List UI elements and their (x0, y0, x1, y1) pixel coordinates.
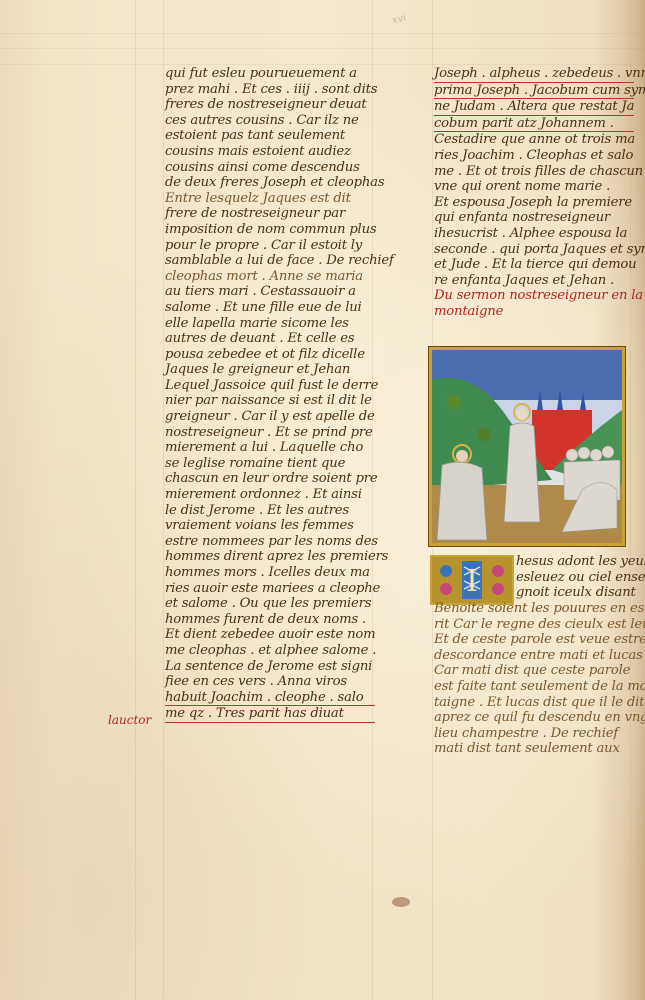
text-line: autres de deuant . Et celle es (165, 331, 375, 347)
text-line: Jaques le greigneur et Jehan (165, 362, 375, 378)
latin-verse-line: fiee en ces vers . Anna viros (165, 674, 375, 690)
text-line: elle lapella marie sicome les (165, 316, 375, 332)
text-line: est faite tant seulement de la mo (434, 679, 634, 695)
text-line: nostreseigneur . Et se prind pre (165, 425, 375, 441)
text-line: cleophas mort . Anne se maria (165, 269, 375, 285)
rubric-line: montaigne (434, 304, 634, 320)
ruling-line (0, 64, 645, 65)
initial-adjacent-text: hesus adont les yeulx esleuez ou ciel en… (516, 554, 636, 601)
text-line: mierement ordonnez . Et ainsi (165, 487, 375, 503)
text-line: Et de ceste parole est veue estre (434, 632, 634, 648)
text-line: La sentence de Jerome est signi (165, 659, 375, 675)
latin-verse-line: ne Judam . Altera que restat Ja (434, 99, 634, 116)
text-line: taigne . Et lucas dist que il le dit (434, 695, 634, 711)
text-line: Et dient zebedee auoir este nom (165, 627, 375, 643)
text-line: ries auoir este mariees a cleophe (165, 581, 375, 597)
text-line: samblable a lui de face . De rechief (165, 253, 375, 269)
text-line: Car mati dist que ceste parole (434, 663, 634, 679)
text-line: estoient pas tant seulement (165, 128, 375, 144)
rubric-line: Du sermon nostreseigneur en la (434, 288, 634, 304)
ruling-line (0, 33, 645, 34)
text-line: me cleophas . et alphee salome . (165, 643, 375, 659)
text-line: vne qui orent nome marie . (434, 179, 634, 195)
text-line: frere de nostreseigneur par (165, 206, 375, 222)
text-line: pour le propre . Car il estoit ly (165, 238, 375, 254)
ruling-line (135, 0, 136, 1000)
left-column: qui fut esleu pourueuement a prez mahi .… (165, 66, 375, 723)
text-line: ihesucrist . Alphee espousa la (434, 226, 634, 242)
text-line: et Jude . Et la tierce qui demou (434, 257, 634, 273)
ruling-line (0, 48, 645, 49)
right-column: Joseph . alpheus . zebedeus . vnm prima … (434, 66, 634, 320)
text-line: de deux freres Joseph et cleophas (165, 175, 375, 191)
text-line: gnoit iceulx disant (516, 585, 636, 601)
text-line: nier par naissance si est il dit le (165, 393, 375, 409)
text-line: hommes mors . Icelles deux ma (165, 565, 375, 581)
text-line: hommes dirent aprez les premiers (165, 549, 375, 565)
text-line: au tiers mari . Cestassauoir a (165, 284, 375, 300)
ink-stain (392, 897, 410, 907)
text-line: lieu champestre . De rechief (434, 726, 634, 742)
text-line: salome . Et une fille eue de lui (165, 300, 375, 316)
ruling-line (163, 0, 164, 1000)
text-line: mati dist tant seulement aux (434, 741, 634, 757)
text-line: prez mahi . Et ces . iiij . sont dits (165, 82, 375, 98)
text-line: Lequel Jassoice quil fust le derre (165, 378, 375, 394)
latin-verse-line: me qz . Tres parit has diuat (165, 706, 375, 723)
text-line: ries Joachim . Cleophas et salo (434, 148, 634, 164)
initial-decoration: I (432, 557, 512, 603)
text-line: qui enfanta nostreseigneur (434, 210, 634, 226)
text-line: Et espousa Joseph la premiere (434, 195, 634, 211)
illuminated-initial-I: I (430, 555, 514, 605)
text-line: pousa zebedee et ot filz dicelle (165, 347, 375, 363)
manuscript-page: xvi qui fut esleu pourueuement a prez ma… (0, 0, 645, 1000)
text-line: Entre lesquelz Jaques est dit (165, 191, 375, 207)
miniature-sermon-on-the-mount (429, 347, 625, 546)
text-line: Benoite soient les pouures en espe (434, 601, 634, 617)
text-line: me . Et ot trois filles de chascun (434, 164, 634, 180)
text-line: rit Car le regne des cieulx est leur (434, 617, 634, 633)
latin-verse-line: cobum parit atz Johannem . (434, 116, 634, 133)
text-line: re enfanta Jaques et Jehan . (434, 273, 634, 289)
text-line: Cestadire que anne ot trois ma (434, 132, 634, 148)
margin-note: lauctor (108, 713, 151, 727)
text-line: aprez ce quil fu descendu en vng (434, 710, 634, 726)
text-line: chascun en leur ordre soient pre (165, 471, 375, 487)
text-line: freres de nostreseigneur deuat (165, 97, 375, 113)
text-line: greigneur . Car il y est apelle de (165, 409, 375, 425)
text-line: le dist Jerome . Et les autres (165, 503, 375, 519)
text-line: ces autres cousins . Car ilz ne (165, 113, 375, 129)
text-line: hesus adont les yeulx (516, 554, 636, 570)
miniature-illustration (432, 350, 622, 543)
text-line: cousins ainsi come descendus (165, 160, 375, 176)
latin-verse-line: prima Joseph . Jacobum cum symo (434, 83, 634, 100)
text-line: estre nommees par les noms des (165, 534, 375, 550)
text-line: imposition de nom commun plus (165, 222, 375, 238)
right-column-lower: Benoite soient les pouures en espe rit C… (434, 601, 634, 757)
text-line: et salome . Ou que les premiers (165, 596, 375, 612)
text-line: descordance entre mati et lucas (434, 648, 634, 664)
svg-text:I: I (466, 564, 478, 599)
latin-verse-line: Joseph . alpheus . zebedeus . vnm (434, 66, 634, 83)
text-line: vraiement voians les femmes (165, 518, 375, 534)
text-line: mierement a lui . Laquelle cho (165, 440, 375, 456)
latin-verse-line: habuit Joachim . cleophe . salo (165, 690, 375, 707)
text-line: seconde . qui porta Jaques et symon (434, 242, 634, 258)
text-line: se leglise romaine tient que (165, 456, 375, 472)
folio-number: xvi (391, 12, 408, 26)
text-line: esleuez ou ciel ensei (516, 570, 636, 586)
text-line: cousins mais estoient audiez (165, 144, 375, 160)
text-line: qui fut esleu pourueuement a (165, 66, 375, 82)
text-line: hommes furent de deux noms . (165, 612, 375, 628)
